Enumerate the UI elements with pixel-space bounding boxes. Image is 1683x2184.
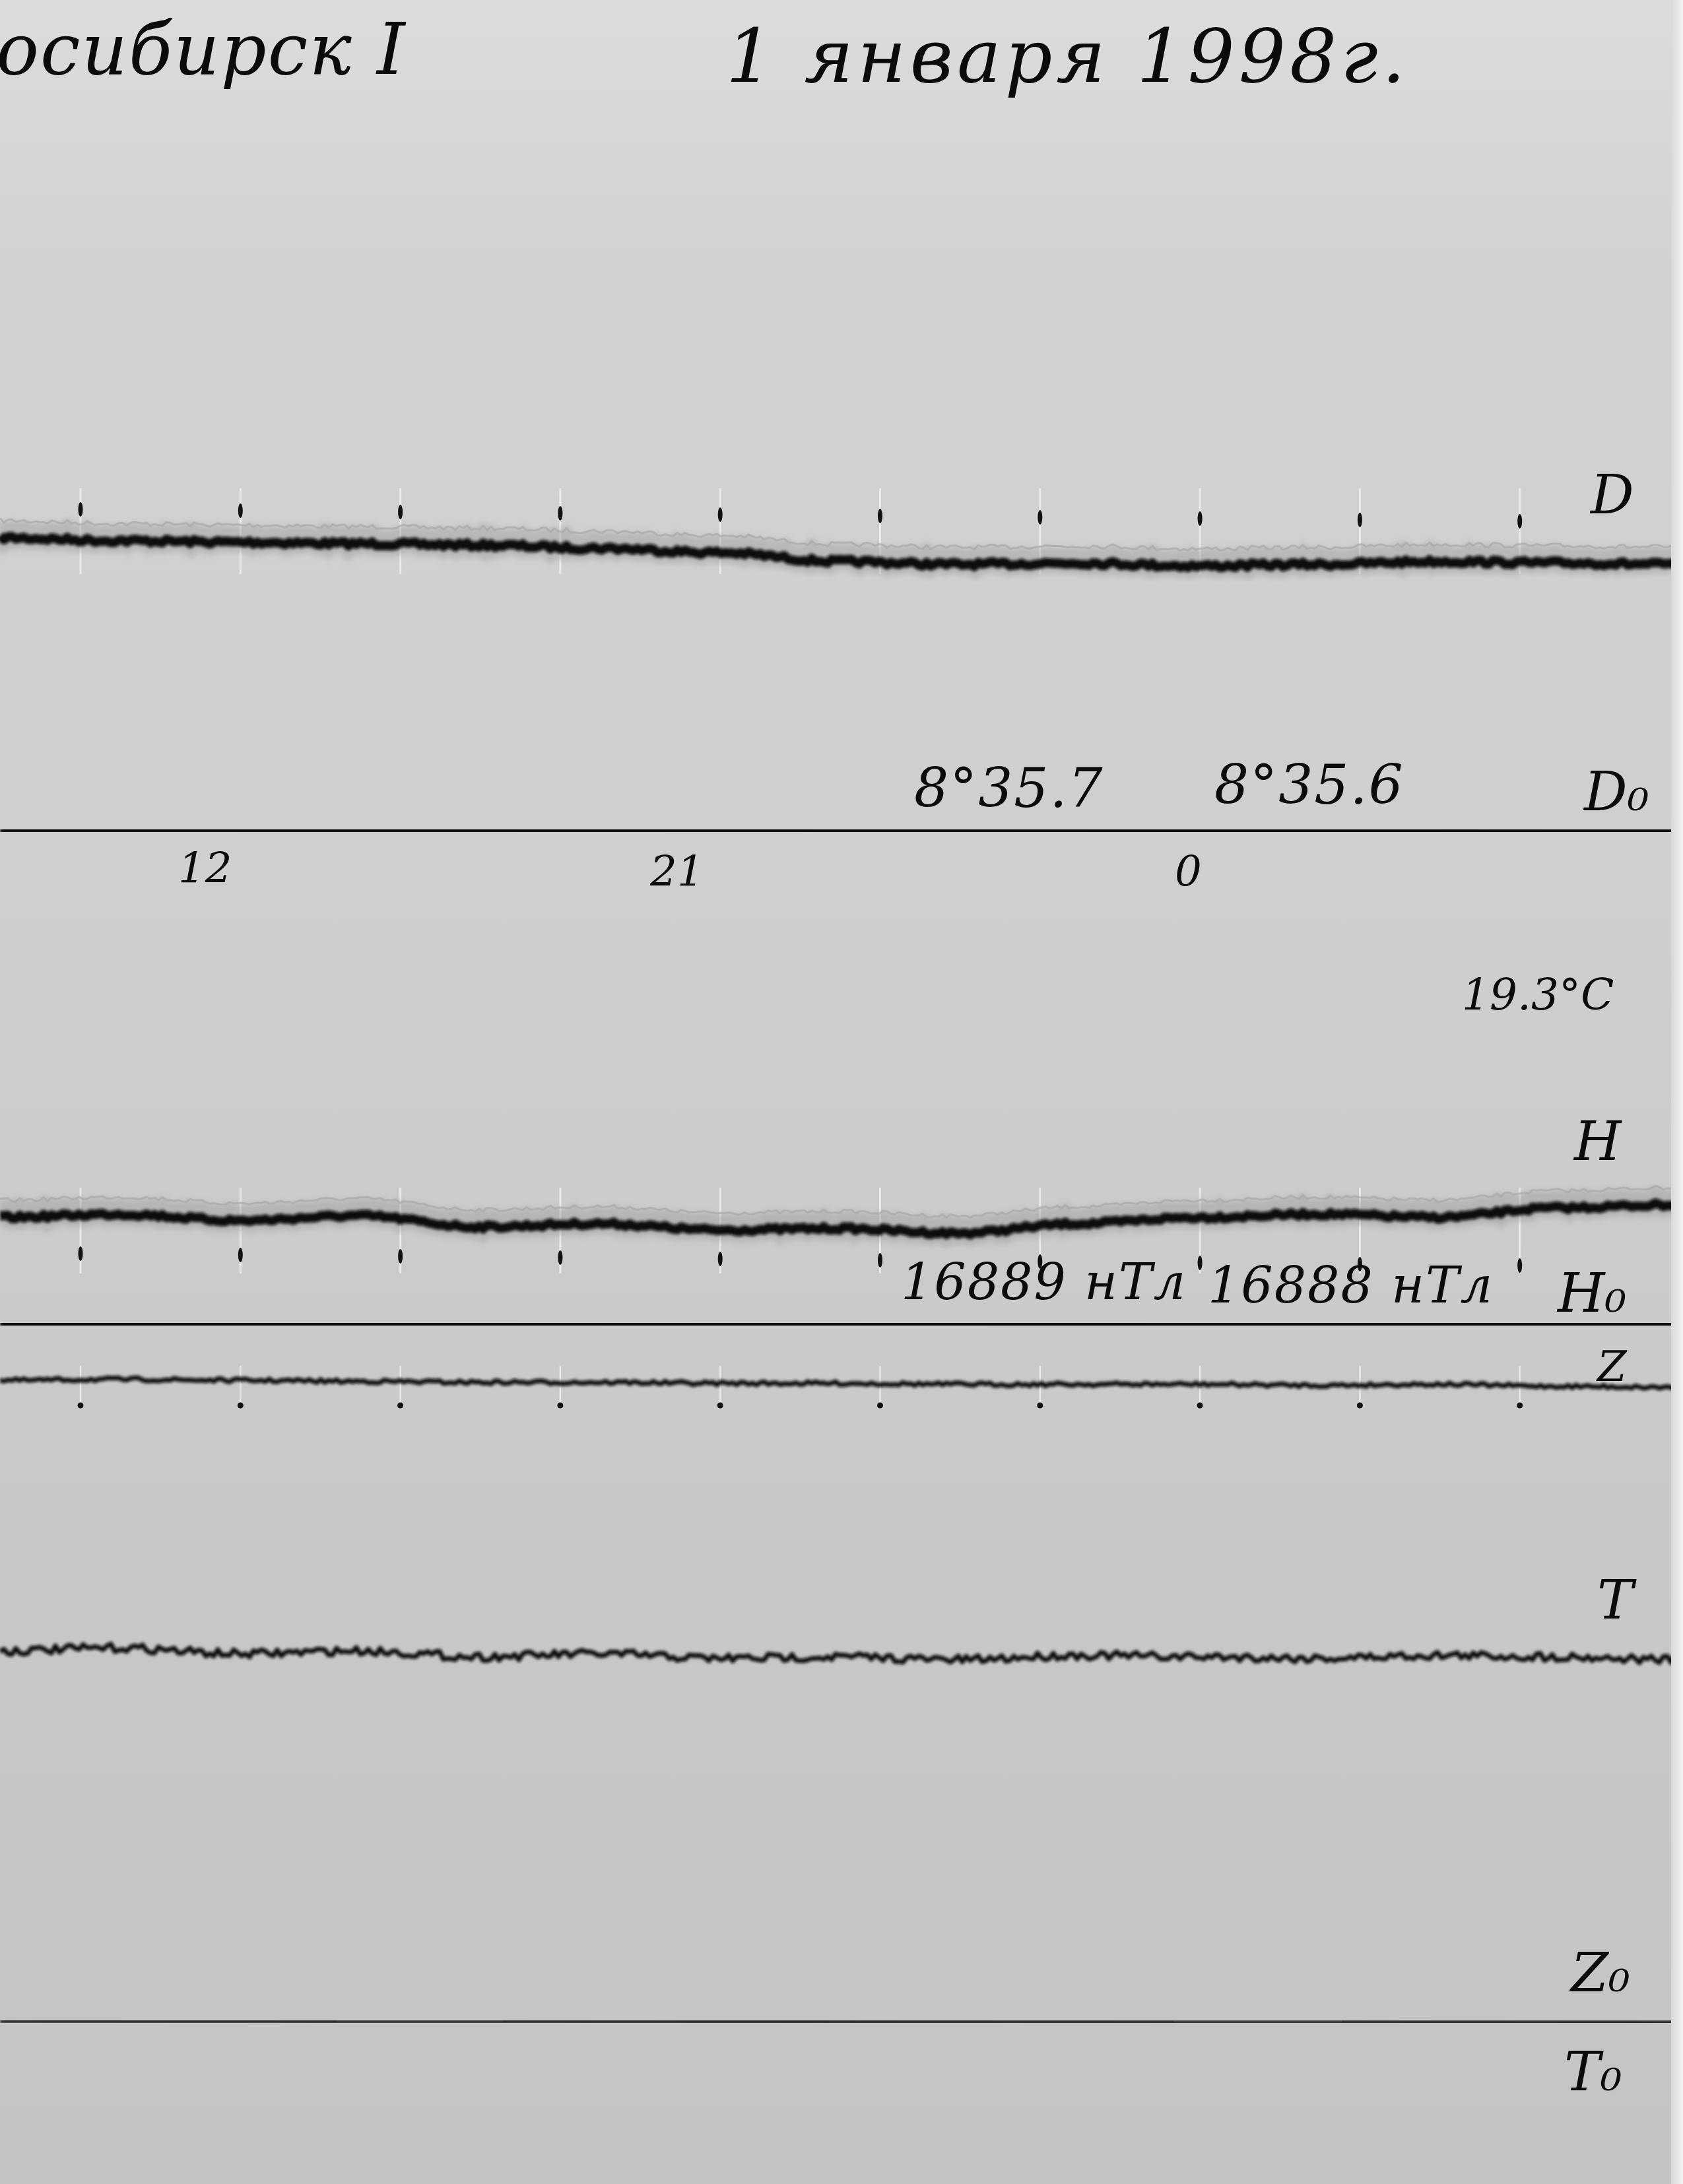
baseline — [0, 830, 1683, 831]
magnetogram-plot — [0, 0, 1683, 2184]
hour-label-12: 12 — [178, 848, 232, 890]
hour-label-0: 0 — [1175, 851, 1202, 893]
d0-value-2: 8°35.6 — [1214, 759, 1404, 813]
baselines — [0, 830, 1683, 2022]
label-t0: T₀ — [1564, 2045, 1622, 2100]
baseline — [0, 2021, 1683, 2022]
trace-t — [0, 1644, 1675, 1663]
temperature-reading: 19.3°C — [1462, 973, 1614, 1017]
label-z0: Z₀ — [1571, 1946, 1630, 2001]
magnetogram-sheet: осибирск I 1 января 1998г. D D₀ H H₀ Z T… — [0, 0, 1683, 2184]
baseline — [0, 1324, 1683, 1325]
label-d: D — [1591, 468, 1634, 523]
station-title: осибирск I — [0, 15, 407, 86]
label-h: H — [1574, 1115, 1622, 1169]
h0-value-2: 16888 нТл — [1208, 1260, 1494, 1310]
h0-value-1: 16889 нТл — [901, 1257, 1187, 1307]
trace-z — [0, 1378, 1675, 1388]
label-z: Z — [1597, 1346, 1626, 1388]
d0-value-1: 8°35.7 — [914, 762, 1104, 816]
label-t: T — [1597, 1574, 1633, 1628]
label-d0: D₀ — [1584, 765, 1649, 819]
hour-label-21: 21 — [650, 851, 704, 893]
date-title: 1 января 1998г. — [726, 20, 1409, 94]
traces — [0, 519, 1675, 1663]
label-h0: H₀ — [1558, 1267, 1626, 1321]
